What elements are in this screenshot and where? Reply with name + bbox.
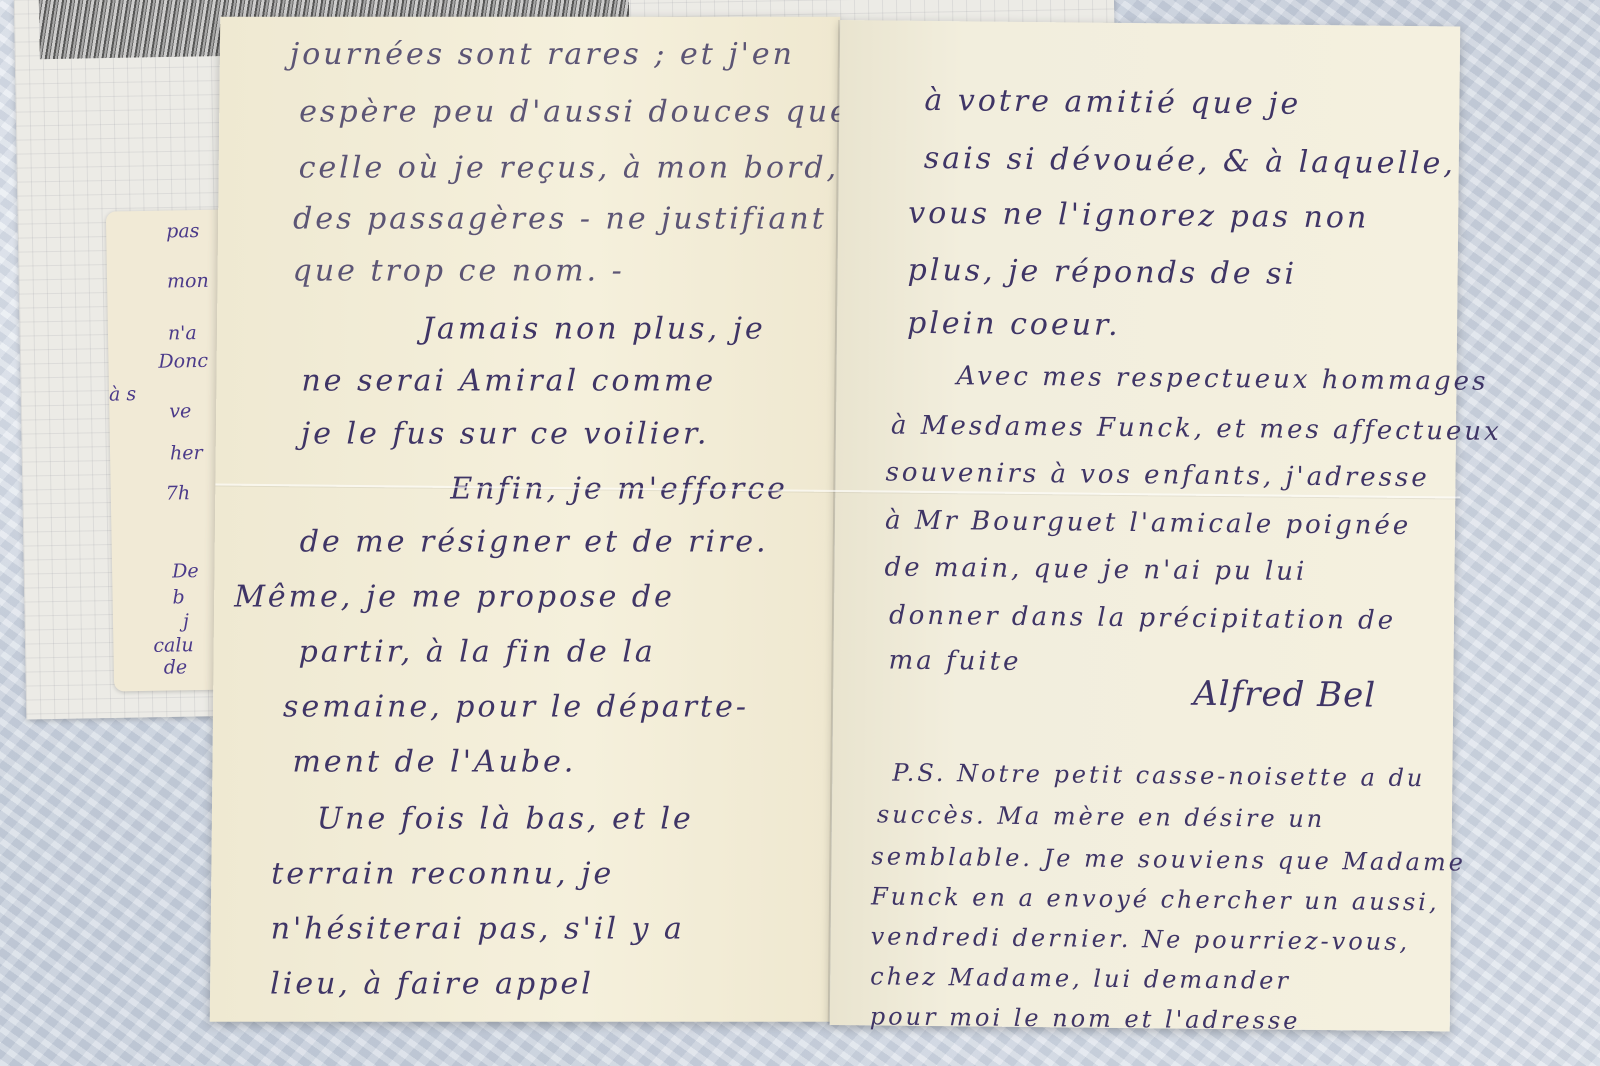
handwritten-line: plus, je réponds de si bbox=[907, 253, 1297, 292]
handwritten-line: Jamais non plus, je bbox=[422, 312, 766, 347]
handwritten-line: espère peu d'aussi douces que bbox=[299, 95, 851, 130]
postscript-line: Funck en a envoyé chercher un aussi, bbox=[871, 882, 1440, 916]
handwritten-line: vous ne l'ignorez pas non bbox=[908, 196, 1369, 236]
handwritten-line: ma fuite bbox=[888, 646, 1021, 677]
postscript-line: semblable. Je me souviens que Madame bbox=[871, 842, 1466, 876]
handwritten-line: celle où je reçus, à mon bord, bbox=[298, 151, 839, 186]
handwritten-line: ne serai Amiral comme bbox=[301, 364, 716, 399]
handwritten-line: Une fois là bas, et le bbox=[317, 802, 694, 837]
handwritten-line: Même, je me propose de bbox=[234, 580, 675, 615]
card-line: calu bbox=[153, 634, 194, 657]
postscript-line: succès. Ma mère en désire un bbox=[877, 800, 1326, 833]
card-line: j bbox=[183, 610, 189, 632]
handwritten-line: terrain reconnu, je bbox=[271, 857, 614, 892]
handwritten-line: journées sont rares ; et j'en bbox=[290, 37, 795, 72]
handwritten-line: lieu, à faire appel bbox=[270, 967, 594, 1002]
handwritten-line: semaine, pour le départe- bbox=[283, 690, 749, 725]
letter-left-page: journées sont rares ; et j'en espère peu… bbox=[210, 17, 841, 1022]
handwritten-line: plein coeur. bbox=[907, 306, 1121, 343]
handwritten-line: Avec mes respectueux hommages bbox=[956, 361, 1488, 397]
postscript-line: vendredi dernier. Ne pourriez-vous, bbox=[871, 922, 1411, 956]
folded-letter: journées sont rares ; et j'en espère peu… bbox=[210, 14, 1465, 1032]
handwritten-line: des passagères - ne justifiant bbox=[293, 202, 827, 237]
card-line: n'a bbox=[168, 322, 197, 344]
handwritten-line: n'hésiterai pas, s'il y a bbox=[271, 912, 685, 947]
handwritten-line: partir, à la fin de la bbox=[298, 635, 656, 670]
handwritten-line: à Mr Bourguet l'amicale poignée bbox=[885, 505, 1412, 541]
card-line: pas bbox=[166, 220, 200, 243]
handwritten-line: sais si dévouée, & à laquelle, bbox=[924, 141, 1456, 182]
postscript-line: pour moi le nom et l'adresse bbox=[870, 1002, 1301, 1035]
handwritten-line: donner dans la précipitation de bbox=[889, 601, 1396, 636]
signature: Alfred Bel bbox=[1193, 674, 1376, 716]
card-line: De bbox=[172, 560, 199, 582]
card-line: de bbox=[164, 656, 188, 678]
handwritten-line: à votre amitié que je bbox=[924, 83, 1301, 122]
handwritten-line: ment de l'Aube. bbox=[292, 745, 576, 780]
engraving-caption: Normandie bbox=[694, 0, 797, 5]
handwritten-line: à Mesdames Funck, et mes affectueux bbox=[891, 411, 1502, 447]
handwritten-line: souvenirs à vos enfants, j'adresse bbox=[885, 458, 1429, 494]
card-line: her bbox=[170, 442, 203, 465]
card-line: mon bbox=[167, 270, 209, 293]
handwritten-line: je le fus sur ce voilier. bbox=[301, 417, 710, 452]
card-line: à s bbox=[109, 383, 137, 405]
card-line: b bbox=[172, 586, 185, 608]
card-line: Donc bbox=[158, 350, 208, 373]
handwritten-line: que trop ce nom. - bbox=[292, 254, 625, 289]
postscript-line: chez Madame, lui demander bbox=[870, 962, 1291, 994]
handwritten-line: de main, que je n'ai pu lui bbox=[884, 552, 1307, 586]
card-line: ve bbox=[169, 400, 191, 422]
card-line: 7h bbox=[166, 482, 191, 504]
letter-right-page: à votre amitié que je sais si dévouée, &… bbox=[830, 20, 1460, 1031]
postscript-line: P.S. Notre petit casse-noisette a du bbox=[892, 759, 1425, 793]
handwritten-line: de me résigner et de rire. bbox=[300, 525, 769, 560]
